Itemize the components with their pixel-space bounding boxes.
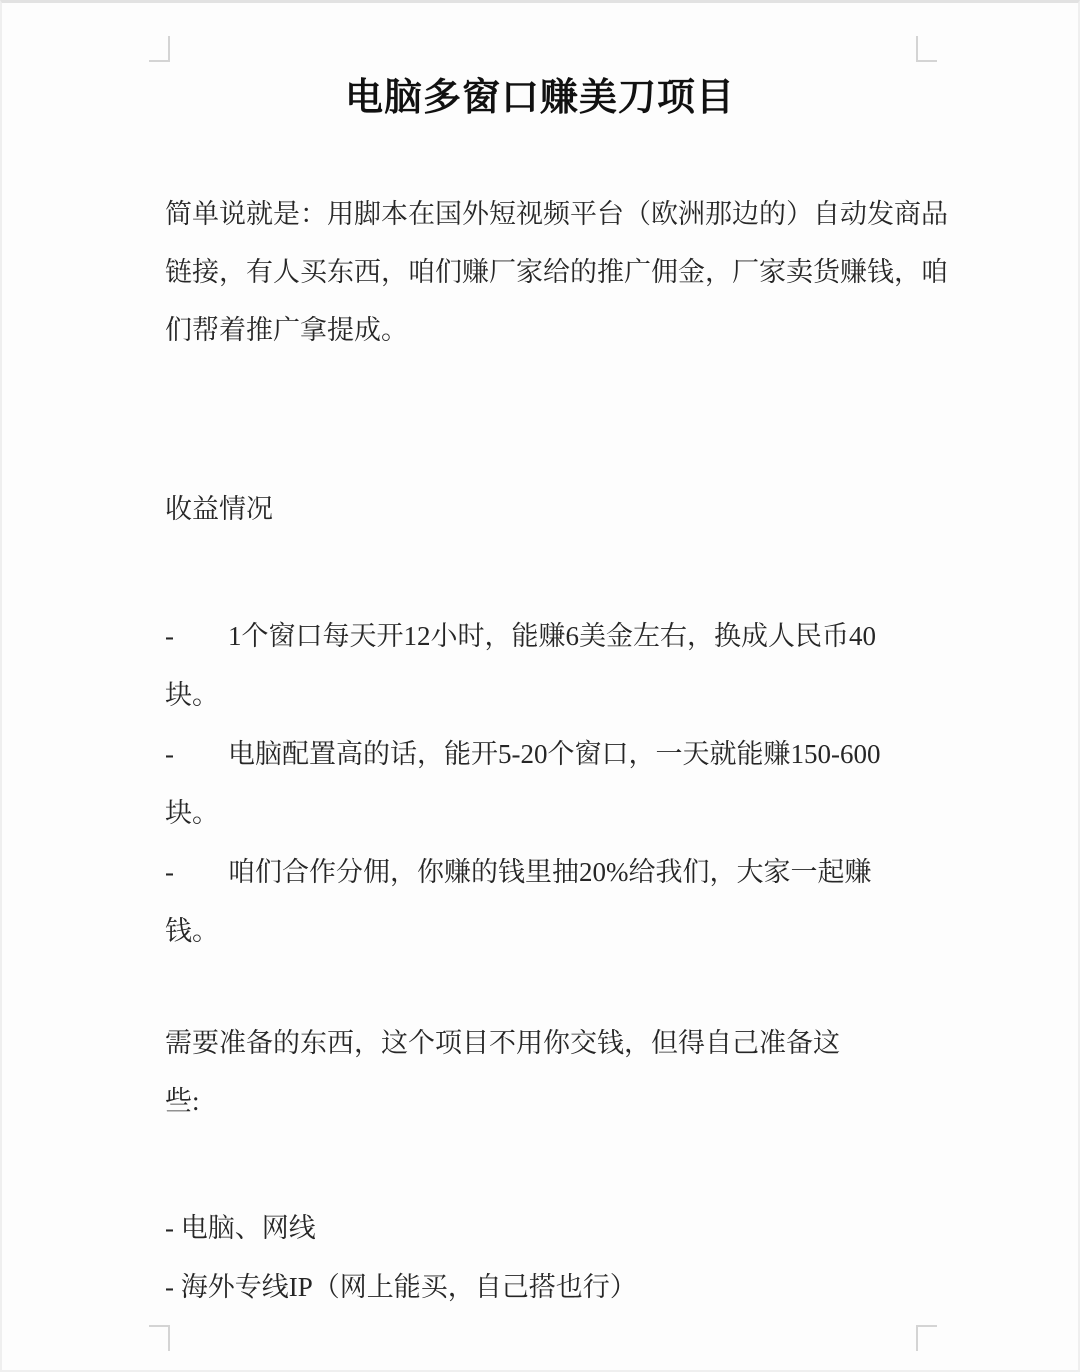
prepare-line: 些:: [165, 1072, 915, 1130]
intro-line: 简单说就是：用脚本在国外短视频平台（欧洲那边的）自动发商品: [165, 185, 915, 243]
intro-line: 链接，有人买东西，咱们赚厂家给的推广佣金，厂家卖货赚钱，咱: [165, 243, 915, 301]
income-item-line: -咱们合作分佣，你赚的钱里抽20%给我们，大家一起赚: [165, 843, 915, 902]
income-item-line: -电脑配置高的话，能开5-20个窗口，一天就能赚150-600: [165, 725, 915, 784]
income-bullet-list: -1个窗口每天开12小时，能赚6美金左右，换成人民币40 块。 -电脑配置高的话…: [165, 607, 915, 961]
income-item-text: 电脑配置高的话，能开5-20个窗口，一天就能赚150-600: [228, 739, 880, 769]
income-item-text: 咱们合作分佣，你赚的钱里抽20%给我们，大家一起赚: [228, 857, 872, 887]
prepare-item-list: - 电脑、网线 - 海外专线IP（网上能买，自己搭也行）: [165, 1199, 915, 1317]
income-item-wrap-line: 块。: [165, 666, 915, 725]
bullet-dash: -: [165, 725, 228, 784]
income-item-wrap-line: 块。: [165, 784, 915, 843]
intro-line: 们帮着推广拿提成。: [165, 301, 915, 359]
crop-mark-bottom-left: [149, 1325, 170, 1351]
income-section-heading: 收益情况: [165, 480, 915, 538]
crop-mark-top-left: [149, 36, 170, 62]
crop-mark-top-right: [916, 36, 937, 62]
document-title: 电脑多窗口赚美刀项目: [165, 73, 915, 123]
prepare-paragraph: 需要准备的东西，这个项目不用你交钱，但得自己准备这 些:: [165, 1014, 915, 1130]
crop-mark-bottom-right: [916, 1325, 937, 1351]
bullet-dash: -: [165, 843, 228, 902]
income-item-wrap-line: 钱。: [165, 902, 915, 961]
page-content: 电脑多窗口赚美刀项目 简单说就是：用脚本在国外短视频平台（欧洲那边的）自动发商品…: [2, 73, 1078, 1317]
intro-paragraph: 简单说就是：用脚本在国外短视频平台（欧洲那边的）自动发商品 链接，有人买东西，咱…: [165, 185, 915, 359]
income-item-text: 1个窗口每天开12小时，能赚6美金左右，换成人民币40: [228, 621, 876, 651]
prepare-item: - 电脑、网线: [165, 1199, 915, 1258]
income-item-line: -1个窗口每天开12小时，能赚6美金左右，换成人民币40: [165, 607, 915, 666]
prepare-line: 需要准备的东西，这个项目不用你交钱，但得自己准备这: [165, 1014, 915, 1072]
document-page: 电脑多窗口赚美刀项目 简单说就是：用脚本在国外短视频平台（欧洲那边的）自动发商品…: [0, 0, 1080, 1372]
bullet-dash: -: [165, 607, 228, 666]
prepare-item: - 海外专线IP（网上能买，自己搭也行）: [165, 1258, 915, 1317]
